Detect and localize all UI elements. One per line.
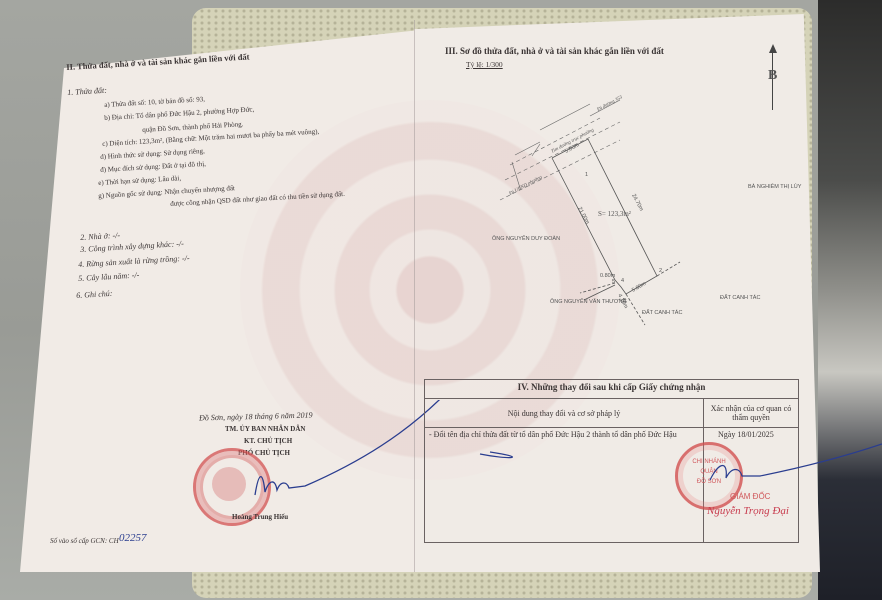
background-dark-edge bbox=[818, 0, 882, 600]
svg-text:ĐẤT CANH TÁC: ĐẤT CANH TÁC bbox=[720, 294, 760, 301]
registry-number: 02257 bbox=[119, 532, 147, 544]
svg-text:BÀ NGHIÊM THỊ LÙY: BÀ NGHIÊM THỊ LÙY bbox=[748, 182, 802, 190]
registry-label: Số vào sổ cấp GCN: CH bbox=[50, 537, 119, 545]
svg-text:4: 4 bbox=[621, 278, 624, 284]
svg-text:Đi UBND phường: Đi UBND phường bbox=[508, 175, 544, 197]
confirm-date: Ngày 18/01/2025 bbox=[708, 430, 794, 439]
svg-text:ÔNG NGUYỄN VĂN THƯƠNG: ÔNG NGUYỄN VĂN THƯƠNG bbox=[550, 298, 627, 305]
svg-text:21.00m: 21.00m bbox=[576, 206, 590, 225]
svg-text:S= 123,3m²: S= 123,3m² bbox=[598, 210, 631, 218]
svg-text:1: 1 bbox=[585, 172, 588, 178]
col-content-header: Nội dung thay đổi và cơ sở pháp lý bbox=[425, 399, 704, 428]
signer-name-left: Hoàng Trung Hiếu bbox=[232, 513, 288, 521]
svg-text:5: 5 bbox=[612, 279, 615, 285]
col-confirm-header: Xác nhận của cơ quan có thẩm quyền bbox=[704, 399, 799, 428]
parcel-diagram: Tim đường trục phường Đi đường 353 Đi UB… bbox=[480, 80, 810, 330]
svg-text:Đi đường 353: Đi đường 353 bbox=[596, 95, 624, 113]
north-arrow-icon bbox=[769, 44, 777, 53]
svg-text:ÔNG NGUYỄN DUY ĐOÀN: ÔNG NGUYỄN DUY ĐOÀN bbox=[492, 235, 560, 242]
confirm-signer: Nguyễn Trọng Đại bbox=[707, 505, 789, 517]
confirm-title: GIÁM ĐỐC bbox=[730, 492, 770, 501]
signature-right bbox=[470, 440, 882, 500]
svg-text:2: 2 bbox=[659, 268, 662, 274]
scale-label: Tỷ lệ: 1/300 bbox=[466, 60, 503, 69]
svg-text:ĐẤT CANH TÁC: ĐẤT CANH TÁC bbox=[642, 309, 682, 316]
section-iii-title: III. Sơ đồ thửa đất, nhà ở và tài sản kh… bbox=[445, 46, 664, 56]
national-emblem-icon bbox=[212, 467, 246, 501]
svg-text:24.70m: 24.70m bbox=[630, 193, 644, 212]
svg-text:5.00m: 5.00m bbox=[631, 281, 648, 294]
changes-title: IV. Những thay đổi sau khi cấp Giấy chứn… bbox=[425, 380, 799, 399]
